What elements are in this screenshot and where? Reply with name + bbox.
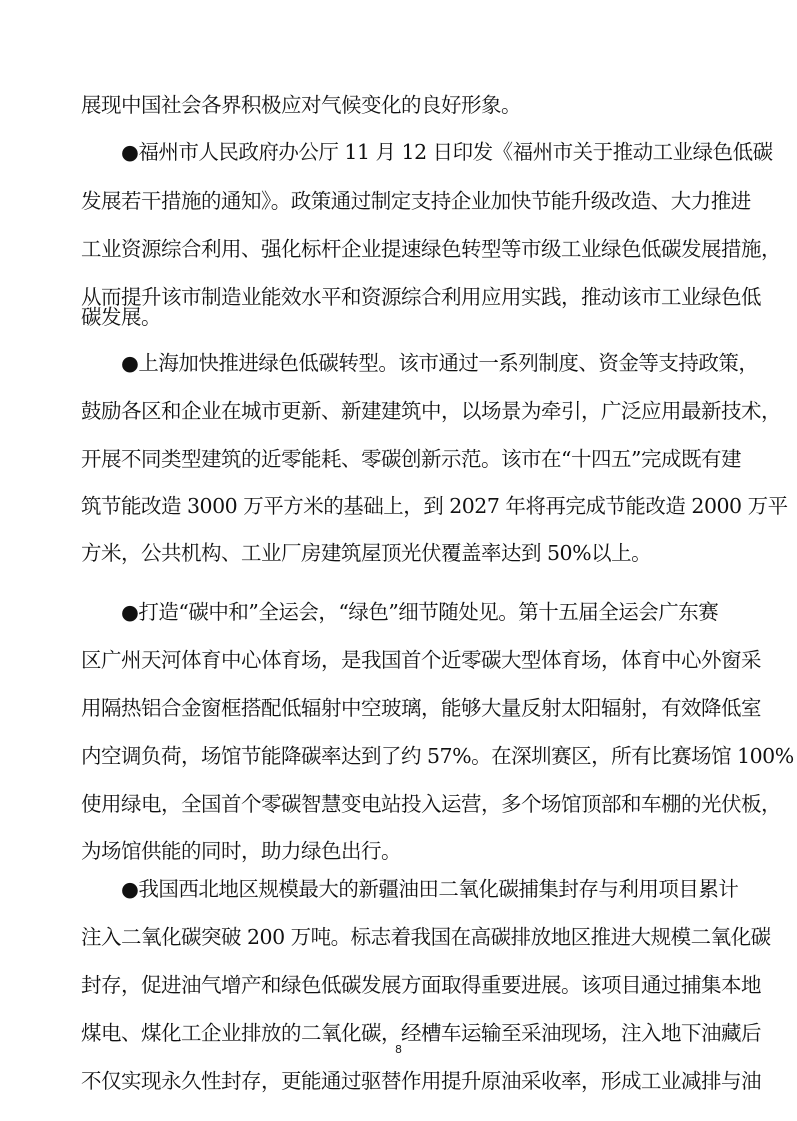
text-line: 筑节能改造 3000 万平方米的基础上，到 2027 年将再完成节能改造 200… bbox=[81, 493, 721, 519]
text-line: 不仅实现永久性封存，更能通过驱替作用提升原油采收率，形成工业减排与油 bbox=[81, 1068, 721, 1094]
text-line: ●上海加快推进绿色低碳转型。该市通过一系列制度、资金等支持政策， bbox=[121, 350, 721, 376]
text-line: 展现中国社会各界积极应对气候变化的良好形象。 bbox=[81, 92, 721, 118]
text-line: ●打造“碳中和”全运会，“绿色”细节随处见。第十五届全运会广东赛 bbox=[121, 599, 721, 625]
text-line: 使用绿电，全国首个零碳智慧变电站投入运营，多个场馆顶部和车棚的光伏板， bbox=[81, 791, 721, 817]
page-number: 8 bbox=[0, 1043, 797, 1056]
text-line: 碳发展。 bbox=[81, 304, 721, 330]
text-line: 发展若干措施的通知》。政策通过制定支持企业加快节能升级改造、大力推进 bbox=[81, 188, 721, 214]
text-line: 注入二氧化碳突破 200 万吨。标志着我国在高碳排放地区推进大规模二氧化碳 bbox=[81, 924, 721, 950]
text-line: 用隔热铝合金窗框搭配低辐射中空玻璃，能够大量反射太阳辐射，有效降低室 bbox=[81, 695, 721, 721]
text-line: 开展不同类型建筑的近零能耗、零碳创新示范。该市在“十四五”完成既有建 bbox=[81, 446, 721, 472]
text-line: 鼓励各区和企业在城市更新、新建建筑中，以场景为牵引，广泛应用最新技术， bbox=[81, 398, 721, 424]
document-page: 展现中国社会各界积极应对气候变化的良好形象。●福州市人民政府办公厅 11 月 1… bbox=[0, 0, 797, 1121]
text-line: 方米，公共机构、工业厂房建筑屋顶光伏覆盖率达到 50%以上。 bbox=[81, 540, 721, 566]
text-line: 封存，促进油气增产和绿色低碳发展方面取得重要进展。该项目通过捕集本地 bbox=[81, 972, 721, 998]
text-line: 内空调负荷，场馆节能降碳率达到了约 57%。在深圳赛区，所有比赛场馆 100% bbox=[81, 743, 721, 769]
text-line: ●福州市人民政府办公厅 11 月 12 日印发《福州市关于推动工业绿色低碳 bbox=[121, 139, 721, 165]
text-line: 为场馆供能的同时，助力绿色出行。 bbox=[81, 838, 721, 864]
text-line: 工业资源综合利用、强化标杆企业提速绿色转型等市级工业绿色低碳发展措施， bbox=[81, 236, 721, 262]
text-line: 区广州天河体育中心体育场，是我国首个近零碳大型体育场，体育中心外窗采 bbox=[81, 647, 721, 673]
text-line: ●我国西北地区规模最大的新疆油田二氧化碳捕集封存与利用项目累计 bbox=[121, 876, 721, 902]
